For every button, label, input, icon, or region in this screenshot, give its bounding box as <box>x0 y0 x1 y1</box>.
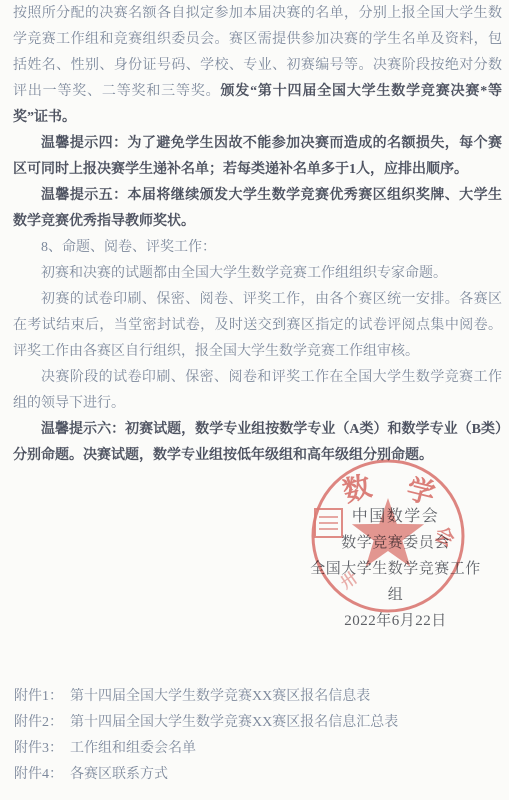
attachment-item-3: 附件3：工作组和组委会名单 <box>14 736 398 762</box>
paragraph-section-8-heading: 8、命题、阅卷、评奖工作： <box>13 235 502 261</box>
attachment-item-4: 附件4：各赛区联系方式 <box>14 762 398 788</box>
attachment-label: 附件1： <box>14 689 63 704</box>
signature-org-1: 中国数学会 <box>303 504 488 530</box>
attachment-label: 附件3： <box>14 741 63 756</box>
document-page: 按照所分配的决赛名额各自拟定参加本届决赛的名单，分别上报全国大学生数学竞赛工作组… <box>0 0 509 800</box>
attachment-item-1: 附件1：第十四届全国大学生数学竞赛XX赛区报名信息表 <box>14 684 398 710</box>
signature-date: 2022年6月22日 <box>303 608 488 634</box>
attachment-title: 第十四届全国大学生数学竞赛XX赛区报名信息表 <box>70 689 370 704</box>
attachment-title: 第十四届全国大学生数学竞赛XX赛区报名信息汇总表 <box>70 715 398 730</box>
paragraph-finals-grading: 决赛阶段的试卷印刷、保密、阅卷和评奖工作在全国大学生数学竞赛工作组的领导下进行。 <box>13 365 502 417</box>
attachment-item-2: 附件2：第十四届全国大学生数学竞赛XX赛区报名信息汇总表 <box>14 710 398 736</box>
paragraph-tip-six: 温馨提示六：初赛试题，数学专业组按数学专业（A类）和数学专业（B类）分别命题。决… <box>13 417 502 469</box>
paragraph-tip-five: 温馨提示五：本届将继续颁发大学生数学竞赛优秀赛区组织奖牌、大学生数学竞赛优秀指导… <box>13 183 502 235</box>
attachment-label: 附件2： <box>14 715 63 730</box>
paragraph-finals-quota: 按照所分配的决赛名额各自拟定参加本届决赛的名单，分别上报全国大学生数学竞赛工作组… <box>13 1 502 131</box>
paragraph-tip-four: 温馨提示四：为了避免学生因故不能参加决赛而造成的名额损失，每个赛区可同时上报决赛… <box>13 131 502 183</box>
seal-char-shu: 数 <box>339 470 375 508</box>
paragraph-preliminary-grading: 初赛的试卷印刷、保密、阅卷、评奖工作，由各个赛区统一安排。各赛区在考试结束后，当… <box>13 287 502 365</box>
signature-block: 中国数学会 数学竞赛委员会 全国大学生数学竞赛工作组 2022年6月22日 <box>303 504 488 634</box>
signature-org-3: 全国大学生数学竞赛工作组 <box>303 556 488 608</box>
attachment-label: 附件4： <box>14 767 63 782</box>
attachment-title: 工作组和组委会名单 <box>70 741 196 756</box>
document-text-block: 按照所分配的决赛名额各自拟定参加本届决赛的名单，分别上报全国大学生数学竞赛工作组… <box>13 1 502 469</box>
paragraph-problem-setting: 初赛和决赛的试题都由全国大学生数学竞赛工作组组织专家命题。 <box>13 261 502 287</box>
signature-org-2: 数学竞赛委员会 <box>303 530 488 556</box>
attachment-title: 各赛区联系方式 <box>70 767 168 782</box>
attachments-list: 附件1：第十四届全国大学生数学竞赛XX赛区报名信息表 附件2：第十四届全国大学生… <box>14 684 398 788</box>
